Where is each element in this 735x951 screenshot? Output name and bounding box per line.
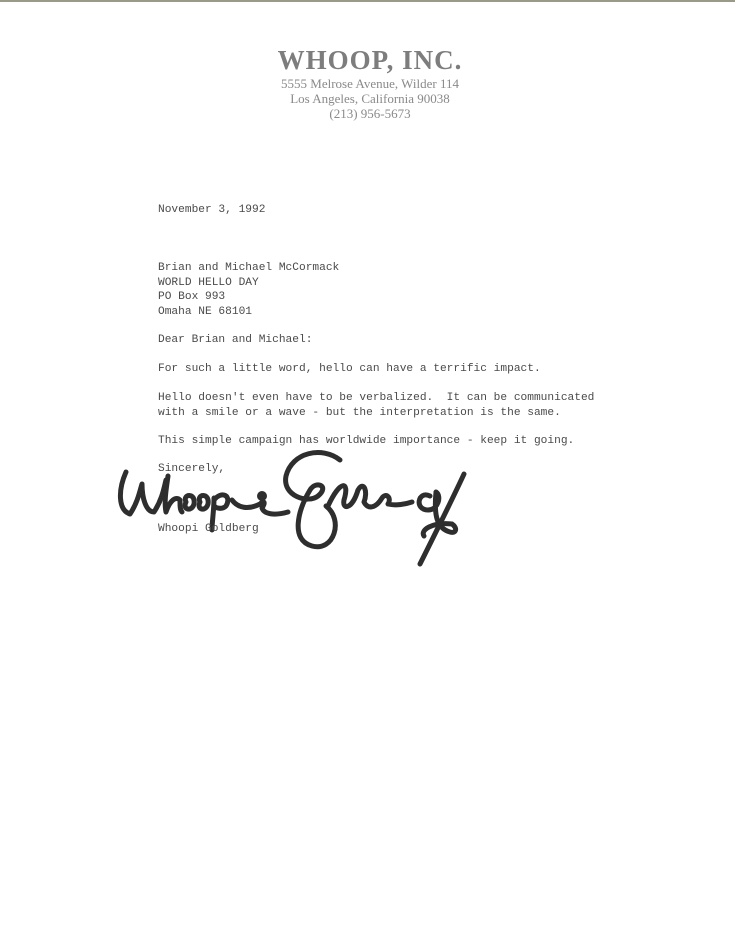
handwritten-signature — [112, 440, 492, 580]
company-name: WHOOP, INC. — [0, 44, 735, 76]
phone-number: (213) 956-5673 — [0, 106, 735, 121]
recipient-po-box: PO Box 993 — [158, 290, 225, 305]
paragraph-2-line-2: with a smile or a wave - but the interpr… — [158, 406, 561, 421]
page-top-edge — [0, 0, 735, 2]
signature-name: Whoopi Goldberg — [158, 522, 259, 537]
address-line-2: Los Angeles, California 90038 — [0, 91, 735, 106]
address-line-1: 5555 Melrose Avenue, Wilder 114 — [0, 76, 735, 91]
recipient-name: Brian and Michael McCormack — [158, 261, 339, 276]
recipient-city: Omaha NE 68101 — [158, 305, 252, 320]
letterhead: WHOOP, INC. 5555 Melrose Avenue, Wilder … — [0, 44, 735, 121]
letter-date: November 3, 1992 — [158, 203, 265, 218]
paragraph-1: For such a little word, hello can have a… — [158, 362, 541, 377]
salutation: Dear Brian and Michael: — [158, 333, 312, 348]
recipient-organization: WORLD HELLO DAY — [158, 276, 259, 291]
paragraph-2-line-1: Hello doesn't even have to be verbalized… — [158, 391, 594, 406]
